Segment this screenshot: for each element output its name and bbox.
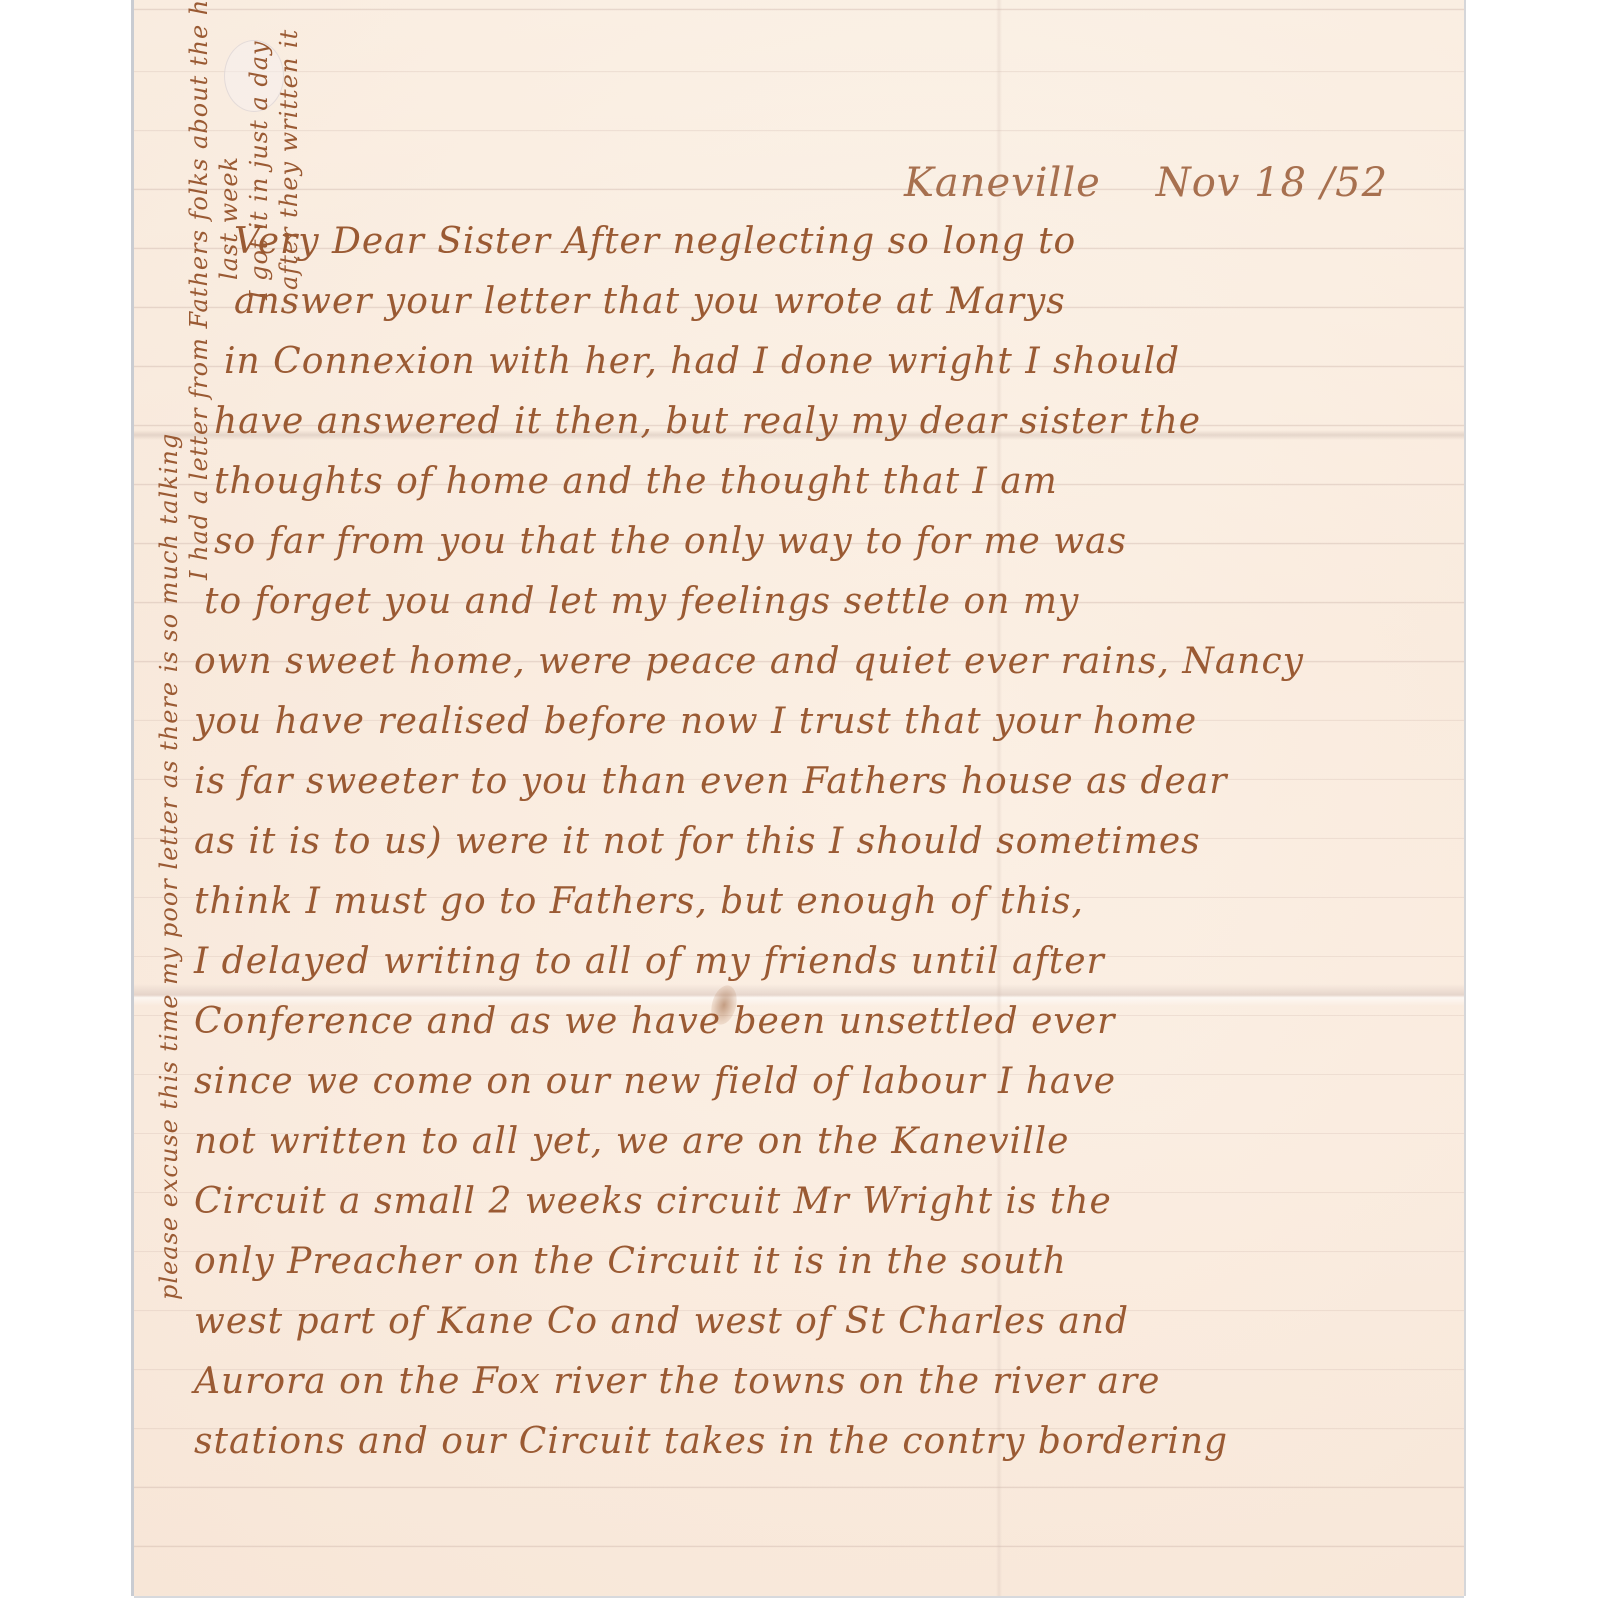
body-line: not written to all yet, we are on the Ka…: [194, 1112, 1464, 1172]
body-line: only Preacher on the Circuit it is in th…: [194, 1232, 1464, 1292]
margin-line: last week: [214, 0, 244, 1300]
heading-place: Kaneville: [904, 160, 1101, 206]
body-line: Circuit a small 2 weeks circuit Mr Wrigh…: [194, 1172, 1464, 1232]
page: Kaneville Nov 18 /52 Very Dear Sister Af…: [0, 0, 1600, 1600]
body-line: is far sweeter to you than even Fathers …: [194, 752, 1464, 812]
letter-paper: Kaneville Nov 18 /52 Very Dear Sister Af…: [134, 0, 1464, 1596]
body-line: I delayed writing to all of my friends u…: [194, 932, 1464, 992]
body-line: in Connexion with her, had I done wright…: [194, 332, 1464, 392]
margin-line: I had a letter from Fathers folks about …: [184, 0, 214, 1300]
body-line: as it is to us) were it not for this I s…: [194, 812, 1464, 872]
body-line: answer your letter that you wrote at Mar…: [194, 272, 1464, 332]
body-line: you have realised before now I trust tha…: [194, 692, 1464, 752]
body-line: have answered it then, but realy my dear…: [194, 392, 1464, 452]
heading-date: Nov 18 /52: [1156, 160, 1388, 206]
margin-line: after they written it: [274, 0, 304, 1300]
body-line: so far from you that the only way to for…: [194, 512, 1464, 572]
body-line: since we come on our new field of labour…: [194, 1052, 1464, 1112]
body-line: think I must go to Fathers, but enough o…: [194, 872, 1464, 932]
letter-body: Very Dear Sister After neglecting so lon…: [194, 212, 1464, 1472]
margin-line: please excuse this time my poor letter a…: [154, 0, 184, 1300]
margin-note-vertical: please excuse this time my poor letter a…: [154, 0, 304, 1300]
body-line: Conference and as we have been unsettled…: [194, 992, 1464, 1052]
margin-line: I got it in just a day: [244, 0, 274, 1300]
body-line: to forget you and let my feelings settle…: [194, 572, 1464, 632]
body-line: thoughts of home and the thought that I …: [194, 452, 1464, 512]
letter-heading: Kaneville Nov 18 /52: [904, 160, 1388, 206]
body-line: Aurora on the Fox river the towns on the…: [194, 1352, 1464, 1412]
body-line: west part of Kane Co and west of St Char…: [194, 1292, 1464, 1352]
body-line: Very Dear Sister After neglecting so lon…: [194, 212, 1464, 272]
body-line: stations and our Circuit takes in the co…: [194, 1412, 1464, 1472]
body-line: own sweet home, were peace and quiet eve…: [194, 632, 1464, 692]
